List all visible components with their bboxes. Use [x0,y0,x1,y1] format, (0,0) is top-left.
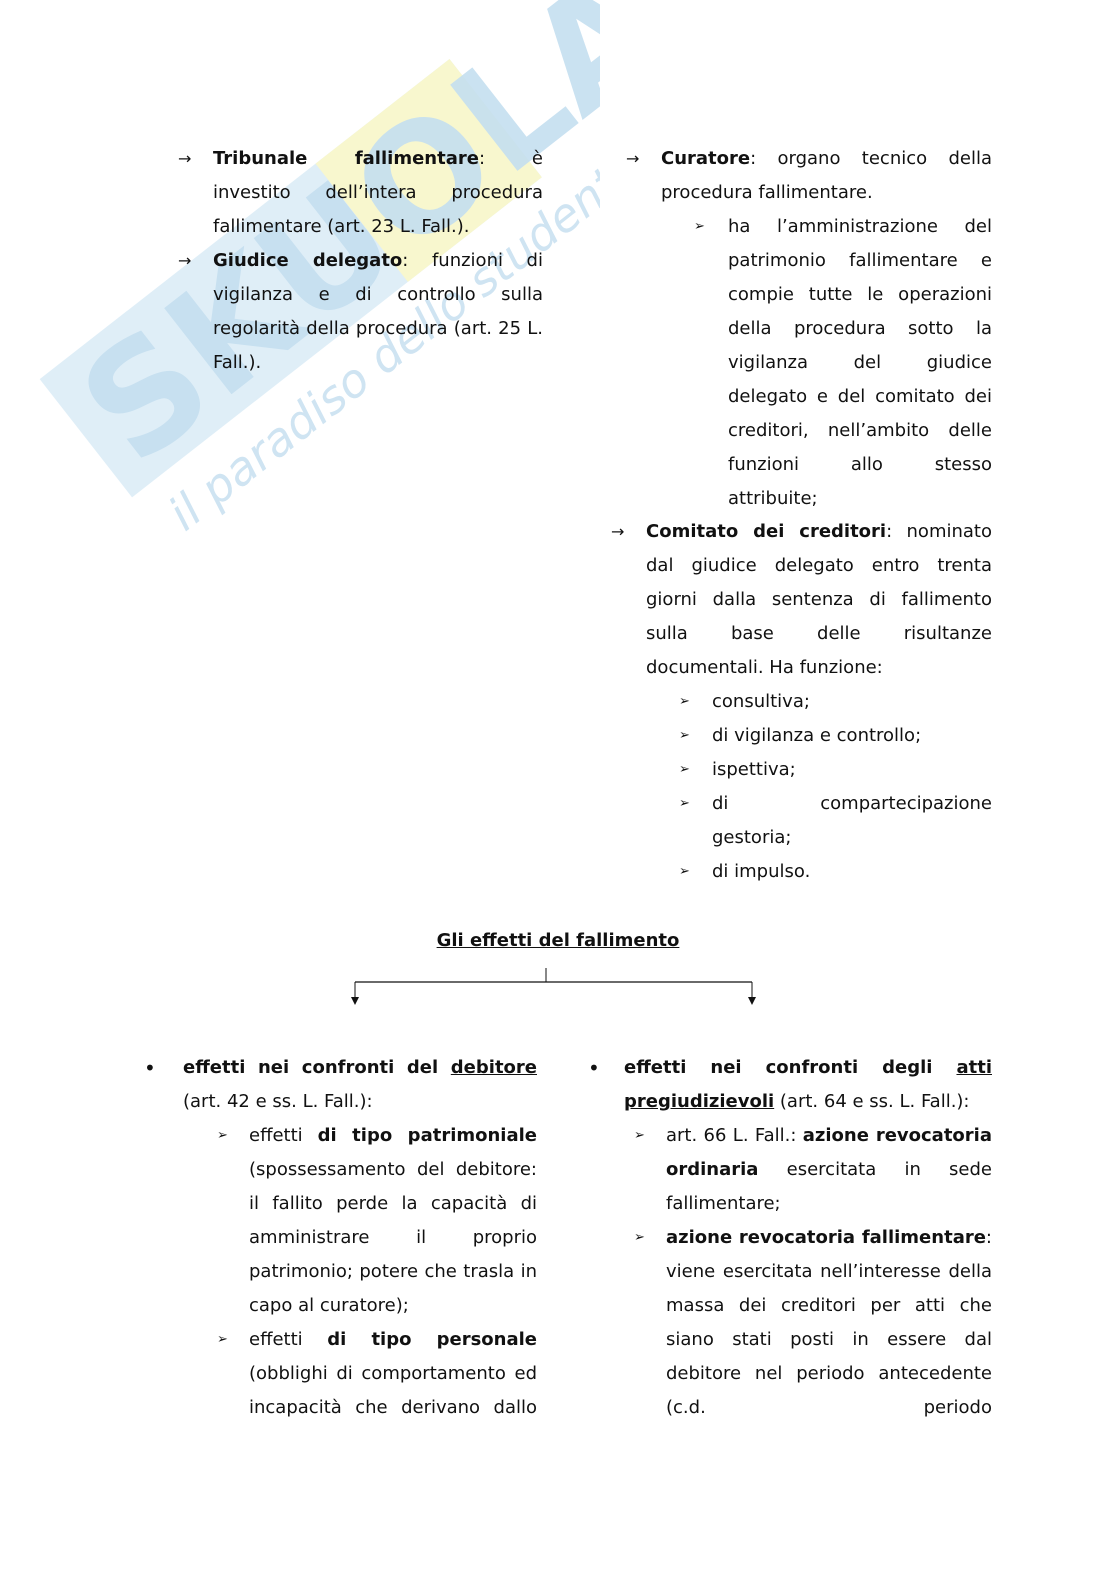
list-item-atti: • effetti nei confronti degli atti pregi… [580,1051,992,1119]
effects-acts-column: • effetti nei confronti degli atti pregi… [580,1051,992,1425]
top-right-comitato: → Comitato dei creditori: nominato dal g… [611,515,992,889]
arrow-down-icon [748,997,756,1005]
arrow-icon: → [626,142,639,176]
branch-diagram [0,960,1116,1010]
arrow-down-icon [351,997,359,1005]
term: Tribunale fallimentare [213,148,479,169]
bullet-icon: • [588,1051,600,1085]
sub-item: ➢ consultiva; [611,685,992,719]
arrowhead-bullet-icon: ➢ [694,210,705,244]
list-item-giudice: → Giudice delegato: funzioni di vigilanz… [178,244,543,380]
sub-item: ➢ ha l’amministrazione del patrimonio fa… [626,210,992,516]
arrowhead-bullet-icon: ➢ [679,787,690,821]
arrowhead-bullet-icon: ➢ [679,753,690,787]
arrowhead-bullet-icon: ➢ [679,685,690,719]
bullet-icon: • [144,1051,156,1085]
sub-item: ➢ di compartecipazione gestoria; [611,787,992,855]
arrowhead-bullet-icon: ➢ [634,1221,645,1255]
arrow-icon: → [611,515,624,549]
list-item-tribunale: → Tribunale fallimentare: è investito de… [178,142,543,244]
sub-item: ➢ di impulso. [611,855,992,889]
sub-item: ➢ ispettiva; [611,753,992,787]
term: Curatore [661,148,750,169]
underlined-term: debitore [451,1057,537,1078]
list-item-debitore: • effetti nei confronti del debitore (ar… [140,1051,537,1119]
section-title: Gli effetti del fallimento [0,926,1116,956]
arrowhead-bullet-icon: ➢ [217,1119,228,1153]
sub-item-revocatoria-fallimentare: ➢ azione revocatoria fallimentare: viene… [580,1221,992,1425]
sub-item-revocatoria-ordinaria: ➢ art. 66 L. Fall.: azione revocatoria o… [580,1119,992,1221]
arrowhead-bullet-icon: ➢ [679,855,690,889]
top-left-column: → Tribunale fallimentare: è investito de… [178,142,543,380]
effects-debtor-column: • effetti nei confronti del debitore (ar… [140,1051,537,1425]
arrowhead-bullet-icon: ➢ [634,1119,645,1153]
list-item-comitato: → Comitato dei creditori: nominato dal g… [611,515,992,685]
arrowhead-bullet-icon: ➢ [217,1323,228,1357]
sub-item-personale: ➢ effetti di tipo personale (obblighi di… [140,1323,537,1425]
sub-item: ➢ di vigilanza e controllo; [611,719,992,753]
list-item-curatore: → Curatore: organo tecnico della procedu… [626,142,992,210]
sub-item-patrimoniale: ➢ effetti di tipo patrimoniale (spossess… [140,1119,537,1323]
arrowhead-bullet-icon: ➢ [679,719,690,753]
term: Comitato dei creditori [646,521,886,542]
term: Giudice delegato [213,250,402,271]
arrow-icon: → [178,142,191,176]
top-right-curatore: → Curatore: organo tecnico della procedu… [626,142,992,516]
arrow-icon: → [178,244,191,278]
